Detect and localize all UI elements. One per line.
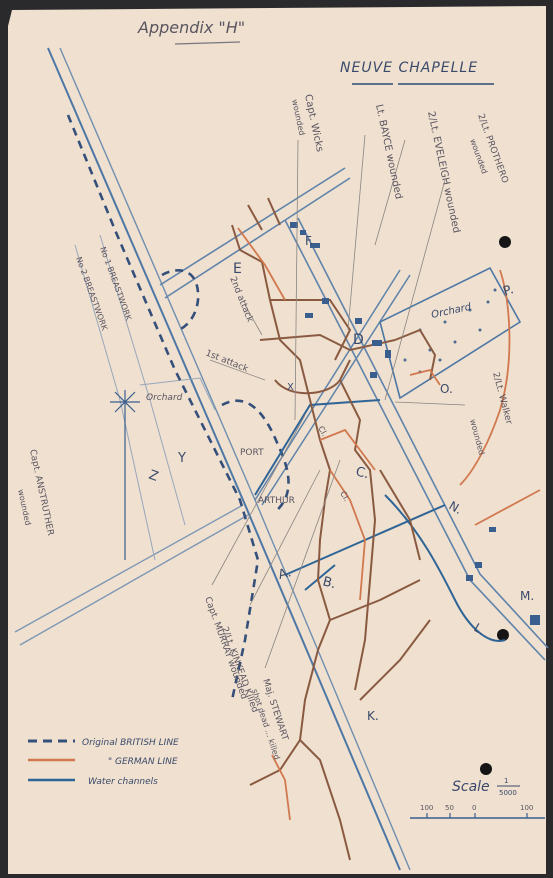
annotation-lt-bayce: Lt. BAYCE wounded <box>373 103 404 200</box>
label-d: D <box>353 332 364 348</box>
annotation-capt-wicks: Capt. Wicks <box>302 93 325 153</box>
label-f: F. <box>305 234 314 248</box>
label-first-attack: 1st attack <box>204 349 250 375</box>
label-orchard-left: Orchard <box>146 393 183 403</box>
punch-hole <box>480 763 492 775</box>
label-second-attack: 2nd attack <box>227 275 255 324</box>
label-b: B. <box>321 574 337 592</box>
annotation-lt-eveleigh: 2/Lt. EVELEIGH wounded <box>425 110 462 234</box>
scale-bar: Scale 1 5000 100 50 0 100 <box>410 777 545 818</box>
scale-denominator: 5000 <box>499 789 517 797</box>
scale-tick-50: 50 <box>445 804 454 812</box>
punch-hole <box>497 629 509 641</box>
label-e: E <box>233 261 242 277</box>
annotation-capt-anstruther-status: wounded <box>16 489 32 527</box>
label-a: A. <box>277 565 293 583</box>
annotation-lt-walker-status: wounded <box>468 418 486 456</box>
scale-numerator: 1 <box>504 777 508 785</box>
compass-rose-icon <box>110 390 140 560</box>
buildings <box>290 222 540 625</box>
label-o: O. <box>440 382 453 396</box>
german-line <box>232 198 435 860</box>
breastworks <box>75 235 215 560</box>
label-cl-lower: Cl. <box>338 490 351 503</box>
legend: Original BRITISH LINE " GERMAN LINE Wate… <box>28 738 179 787</box>
label-orchard-right: Orchard <box>430 302 472 321</box>
water-channels <box>255 400 505 641</box>
legend-label-british-line: Original BRITISH LINE <box>82 738 179 748</box>
label-l: L. <box>472 620 488 637</box>
label-arthur: ARTHUR <box>258 496 295 506</box>
label-m: M. <box>520 589 534 603</box>
trench-map: Appendix "H" NEUVE CHAPELLE Capt. Wicks … <box>0 0 553 878</box>
scale-tick-0: 0 <box>472 804 476 812</box>
appendix-label: Appendix "H" <box>137 18 245 37</box>
label-port: PORT <box>240 448 264 458</box>
label-c: C. <box>354 464 371 482</box>
label-y: Y <box>177 451 186 466</box>
label-z: Z <box>147 468 161 485</box>
appendix-underline <box>175 42 240 44</box>
cross-road-upper <box>160 168 350 298</box>
scale-tick-100-right: 100 <box>520 804 533 812</box>
casualty-arrows <box>210 135 465 668</box>
label-p: P. <box>501 282 515 299</box>
punch-hole <box>499 236 511 248</box>
original-british-line <box>68 115 289 700</box>
scale-tick-100-left: 100 <box>420 804 433 812</box>
scale-label: Scale <box>452 779 490 795</box>
label-breastwork-2: No 2 BREASTWORK <box>74 256 109 333</box>
legend-label-german-line: " GERMAN LINE <box>108 757 178 767</box>
map-title: NEUVE CHAPELLE <box>340 60 478 76</box>
label-k: K. <box>367 709 379 723</box>
legend-label-water: Water channels <box>88 777 158 787</box>
annotation-lt-walker: 2/Lt. Walker <box>490 371 514 426</box>
label-x: X <box>287 382 294 393</box>
